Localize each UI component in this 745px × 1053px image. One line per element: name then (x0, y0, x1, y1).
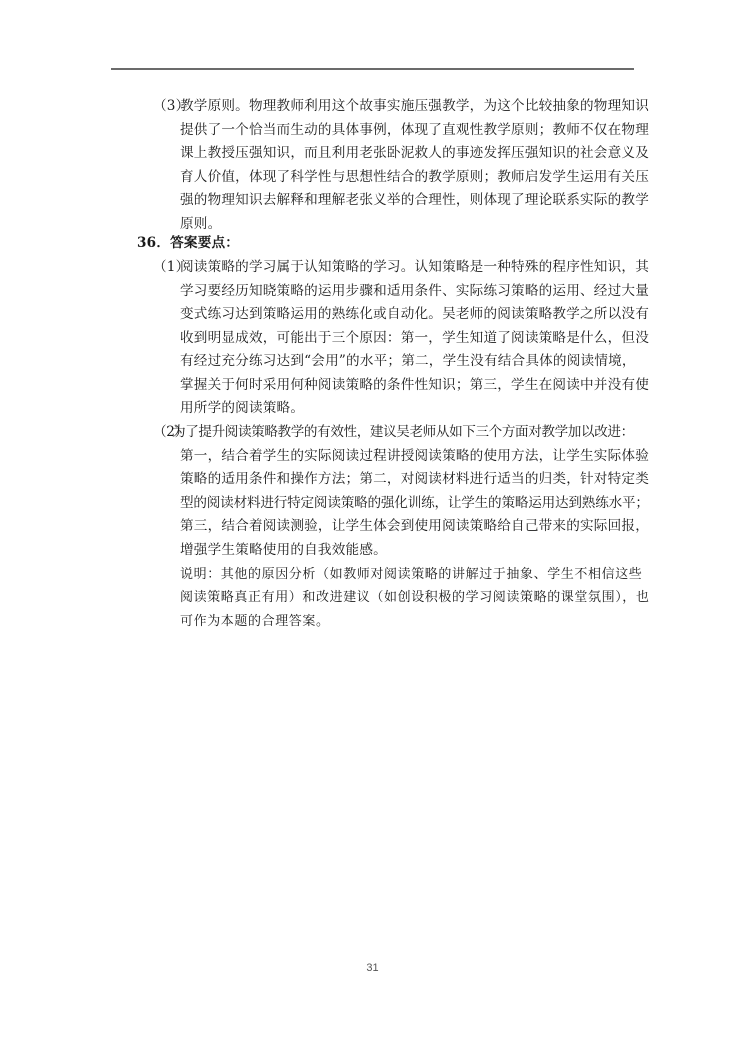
q36-part-2-line-2: 第一，结合着学生的实际阅读过程讲授阅读策略的使用方法，让学生实际体验 (180, 448, 649, 464)
q36-part-2-line-6: 增强学生策略使用的自我效能感。 (180, 542, 387, 558)
q36-part-2-line-1: 为了提升阅读策略教学的有效性，建议吴老师从如下三个方面对教学加以改进： (172, 424, 634, 440)
q36-part-1-line-6: 掌握关于何时采用何种阅读策略的条件性知识；第三，学生在阅读中并没有使 (180, 377, 649, 393)
q36-note-line-3: 可作为本题的合理答案。 (180, 614, 330, 630)
page-number: 31 (0, 962, 745, 974)
item-3-line-3: 课上教授压强知识，而且利用老张卧泥救人的事迹发挥压强知识的社会意义及 (180, 145, 649, 161)
item-3-line-2: 提供了一个恰当而生动的具体事例，体现了直观性教学原则；教师不仅在物理 (180, 122, 649, 138)
q36-part-1-line-4: 收到明显成效，可能出于三个原因：第一，学生知道了阅读策略是什么，但没 (180, 330, 649, 346)
q36-part-1-line-3: 变式练习达到策略运用的熟练化或自动化。吴老师的阅读策略教学之所以没有 (180, 306, 649, 322)
q36-note-line-2: 阅读策略真正有用）和改进建议（如创设积极的学习阅读策略的课堂氛围），也 (180, 590, 650, 606)
q36-part-1-line-5: 有经过充分练习达到“会用”的水平；第二，学生没有结合具体的阅读情境， (180, 353, 636, 369)
header-rule (111, 68, 634, 70)
item-3-line-6: 原则。 (180, 216, 221, 232)
q36-part-1-line-7: 用所学的阅读策略。 (180, 400, 304, 416)
q36-part-1-line-2: 学习要经历知晓策略的运用步骤和适用条件、实际练习策略的运用、经过大量 (180, 283, 649, 299)
item-3-line-1: 教学原则。物理教师利用这个故事实施压强教学，为这个比较抽象的物理知识 (180, 98, 649, 114)
q36-note-line-1: 说明：其他的原因分析（如教师对阅读策略的讲解过于抽象、学生不相信这些 (180, 567, 642, 583)
q36-part-2-line-5: 第三，结合着阅读测验，让学生体会到使用阅读策略给自己带来的实际回报， (180, 518, 649, 534)
q36-part-2-line-4: 型的阅读材料进行特定阅读策略的强化训练，让学生的策略运用达到熟练水平； (180, 495, 649, 511)
question-36-heading: 36．答案要点： (137, 235, 239, 251)
q36-part-2-line-3: 策略的适用条件和操作方法；第二，对阅读材料进行适当的归类，针对特定类 (180, 471, 649, 487)
item-3-line-4: 育人价值，体现了科学性与思想性结合的教学原则；教师启发学生运用有关压 (180, 169, 649, 185)
item-3-line-5: 强的物理知识去解释和理解老张义举的合理性，则体现了理论联系实际的教学 (180, 192, 649, 208)
q36-part-1-line-1: 阅读策略的学习属于认知策略的学习。认知策略是一种特殊的程序性知识，其 (180, 259, 649, 275)
